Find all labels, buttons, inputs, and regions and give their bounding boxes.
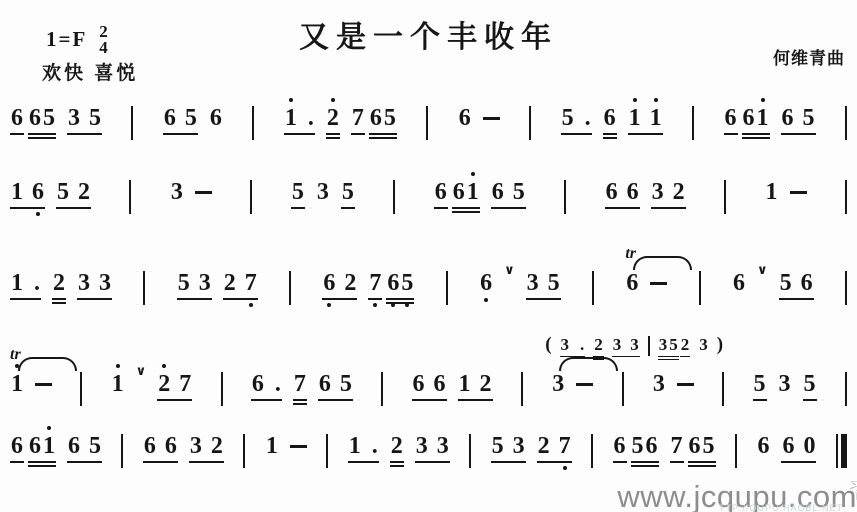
note: 6 <box>165 434 177 458</box>
note: 6 <box>725 106 737 130</box>
note: 3 <box>652 180 664 204</box>
note-cluster: 6 <box>625 271 639 305</box>
dash-note <box>290 445 307 448</box>
measure: 1 <box>765 180 807 214</box>
barline <box>250 180 252 214</box>
note-cluster: 3 <box>316 180 330 214</box>
note-cluster: 61 <box>28 434 56 468</box>
note: 7 <box>559 434 571 458</box>
note: 1 <box>266 434 278 458</box>
note: 6 <box>757 434 769 458</box>
note: 6 <box>743 106 755 130</box>
barline <box>131 106 133 140</box>
barline-thin <box>836 434 838 468</box>
note-cluster: 32 <box>189 434 224 468</box>
note: 3 <box>630 336 639 353</box>
note-cluster: 66 <box>412 372 447 406</box>
measure: 1.233 <box>10 271 112 305</box>
note: 7 <box>294 372 306 396</box>
note: 6 <box>370 106 382 130</box>
watermark-edge-top: 习 <box>849 479 857 493</box>
watermark-edge-bottom: 下 <box>847 493 857 502</box>
measure: 535 <box>291 180 355 214</box>
note-cluster: 65 <box>386 271 414 305</box>
note: 2 <box>673 180 685 204</box>
barline <box>221 372 223 406</box>
note: 5 <box>89 106 101 130</box>
note-cluster: 1 <box>265 434 279 468</box>
note-cluster: 33 <box>77 271 112 305</box>
note: 5 <box>669 336 678 353</box>
note-cluster: 2 <box>390 434 404 468</box>
note-cluster: 66 <box>605 180 640 214</box>
note-cluster: 7 <box>293 372 307 406</box>
note-cluster: 65 <box>67 434 102 468</box>
watermark: www.jcqupu.com TTP://QUPU.HAOBL.NET 习 下 <box>617 481 857 512</box>
note: 5 <box>178 271 190 295</box>
note-cluster: 62 <box>322 271 357 305</box>
note-cluster: 6 <box>724 106 738 140</box>
note: 3 <box>437 434 449 458</box>
note-cluster: 6 <box>732 271 746 305</box>
measure: 535 <box>753 372 817 406</box>
barline <box>326 434 328 468</box>
note-cluster: 6 <box>10 434 24 468</box>
note: 5 <box>703 434 715 458</box>
note: 5 <box>185 106 197 130</box>
music-line: 1.2335327627656∨356tr6∨56 <box>10 240 847 305</box>
dash-note <box>677 383 694 386</box>
music-line: 1tr1∨276.76566123(3.2333523)3535 <box>10 313 847 406</box>
ossia-paren: ( <box>545 335 551 354</box>
note: 3 <box>527 271 539 295</box>
note: 6 <box>319 372 331 396</box>
note: 5 <box>342 180 354 204</box>
note-cluster: 27 <box>223 271 258 305</box>
composer-credit: 何维青曲 <box>773 44 845 69</box>
dash-note <box>576 383 593 386</box>
note: 5 <box>340 372 352 396</box>
note: 1 <box>757 106 769 130</box>
note: 5 <box>632 434 644 458</box>
measure: 6632 <box>605 180 686 214</box>
note: 3 <box>552 372 564 396</box>
note: 5 <box>89 434 101 458</box>
dash-note <box>650 282 667 285</box>
augmentation-dot-icon: . <box>372 434 378 458</box>
barline <box>622 372 624 406</box>
measure: 660 <box>756 434 816 468</box>
note-cluster: 2 <box>52 271 66 305</box>
note-cluster: 3 <box>170 180 184 214</box>
note-cluster: 6 <box>479 271 493 305</box>
note-cluster: 7 <box>351 106 365 140</box>
note: 1 <box>650 106 662 130</box>
note-cluster: 65 <box>781 106 816 140</box>
note: 6 <box>11 106 23 130</box>
note: 6 <box>480 271 492 295</box>
note: 3 <box>68 106 80 130</box>
augmentation-dot-icon: . <box>585 106 591 130</box>
music-score: 665356561.276565.61166165165235356616566… <box>0 106 857 468</box>
barline <box>252 106 254 140</box>
note: 5 <box>754 372 766 396</box>
note: 6 <box>11 434 23 458</box>
note: 6 <box>32 180 44 204</box>
note: 5 <box>548 271 560 295</box>
note: 6 <box>29 434 41 458</box>
note: 6 <box>782 434 794 458</box>
measure: 6∨35 <box>479 264 561 305</box>
note-cluster: 35 <box>67 106 102 140</box>
note: 2 <box>224 271 236 295</box>
note: 3 <box>416 434 428 458</box>
watermark-subtext: TTP://QUPU.HAOBL.NET <box>719 503 843 512</box>
dash-note <box>790 191 807 194</box>
note: 3 <box>659 336 668 353</box>
note-cluster: 1. <box>10 271 41 305</box>
note-cluster: 6 <box>209 106 223 140</box>
barline <box>289 271 291 305</box>
measure: 6 <box>458 106 500 140</box>
note: 1 <box>11 180 23 204</box>
note: 2 <box>78 180 90 204</box>
note-cluster: 60 <box>781 434 816 468</box>
measure: 6tr <box>625 271 667 305</box>
note: 3 <box>513 434 525 458</box>
note: 2 <box>391 434 403 458</box>
note: 2 <box>211 434 223 458</box>
note: 1 <box>112 372 124 396</box>
note: 5 <box>292 180 304 204</box>
note: 5 <box>804 372 816 396</box>
note: 1 <box>11 372 23 396</box>
page-title: 又是一个丰收年 <box>0 12 857 56</box>
note: 6 <box>689 434 701 458</box>
note: 2 <box>158 372 170 396</box>
note-cluster: 3 <box>698 336 709 360</box>
barline <box>845 180 847 214</box>
tempo-mood-marking: 欢快 喜悦 <box>42 58 138 85</box>
measure: 62765 <box>322 271 414 305</box>
note: 5 <box>513 180 525 204</box>
barline <box>845 271 847 305</box>
note: 1 <box>349 434 361 458</box>
note: 6 <box>68 434 80 458</box>
barline <box>426 106 428 140</box>
barline <box>592 271 594 305</box>
note-cluster: 3 <box>652 372 666 406</box>
barline <box>121 434 123 468</box>
note-cluster: 6 <box>10 106 24 140</box>
breath-mark-icon: ∨ <box>757 264 768 277</box>
note: 3 <box>190 434 202 458</box>
augmentation-dot-icon: . <box>34 271 40 295</box>
trill-label: tr <box>625 245 636 263</box>
note-cluster: 5 <box>803 372 817 406</box>
measure: 1.233 <box>348 434 450 468</box>
barline <box>381 372 383 406</box>
barline <box>129 180 131 214</box>
measure: 1∨27 <box>111 365 193 406</box>
measure: 6∨56 <box>732 264 814 305</box>
note-cluster: 56 <box>779 271 814 305</box>
note: 6 <box>435 180 447 204</box>
note: 6 <box>801 271 813 295</box>
note: 3 <box>653 372 665 396</box>
note: 6 <box>434 372 446 396</box>
music-line: 66165663211.2335327656765660 <box>10 434 847 468</box>
note-cluster: 1 <box>10 372 24 406</box>
measure: 3 <box>170 180 212 214</box>
note-cluster: 27 <box>537 434 572 468</box>
note-cluster: 5 <box>753 372 767 406</box>
note: 3 <box>699 336 708 353</box>
note-cluster: 6 <box>458 106 472 140</box>
note-cluster: 53 <box>177 271 212 305</box>
barline <box>724 180 726 214</box>
note: 3 <box>199 271 211 295</box>
note-cluster: 5 <box>291 180 305 214</box>
note: 3 <box>78 271 90 295</box>
note-cluster: 27 <box>157 372 192 406</box>
note: 6 <box>459 106 471 130</box>
note-cluster: 53 <box>491 434 526 468</box>
note: 2 <box>594 336 603 353</box>
note: 6 <box>210 106 222 130</box>
note-cluster: 35 <box>526 271 561 305</box>
augmentation-dot-icon: . <box>308 106 314 130</box>
measure: 3 <box>652 372 694 406</box>
ossia-paren: ) <box>717 335 723 354</box>
note: 5 <box>384 106 396 130</box>
note: 2 <box>53 271 65 295</box>
note: 3 <box>561 336 570 353</box>
barline <box>722 372 724 406</box>
note: 7 <box>352 106 364 130</box>
note: 7 <box>671 434 683 458</box>
note-cluster: 56 <box>631 434 659 468</box>
note: 6 <box>492 180 504 204</box>
note-cluster: 5 <box>341 180 355 214</box>
measure: 1652 <box>10 180 91 214</box>
note-cluster: 61 <box>452 180 480 214</box>
note: 6 <box>604 106 616 130</box>
measure: 5.611 <box>561 106 663 140</box>
note: 5 <box>43 106 55 130</box>
note: 3 <box>317 180 329 204</box>
measure: 5327 <box>177 271 258 305</box>
note: 6 <box>387 271 399 295</box>
note-cluster: 1. <box>348 434 379 468</box>
note-cluster: 33 <box>612 336 640 360</box>
tie-arc <box>18 357 77 371</box>
measure: 656 <box>163 106 223 140</box>
measure: 6632 <box>143 434 224 468</box>
measure: 1tr <box>10 372 52 406</box>
dash-note <box>195 191 212 194</box>
trill-label: tr <box>10 346 21 364</box>
barline <box>591 434 593 468</box>
measure: 1.2765 <box>284 106 397 140</box>
note: 1 <box>285 106 297 130</box>
watermark-edge-glyphs: 习 下 <box>847 480 857 502</box>
barline <box>521 372 523 406</box>
note: 3 <box>99 271 111 295</box>
measure: 66165 <box>10 434 102 468</box>
measure: 66535 <box>10 106 102 140</box>
augmentation-dot-icon: . <box>275 372 281 396</box>
breath-mark-icon: ∨ <box>504 264 515 277</box>
note-cluster: 7 <box>670 434 684 468</box>
dash-note <box>35 383 52 386</box>
note-cluster: 65 <box>491 180 526 214</box>
note-cluster: 1 <box>765 180 779 214</box>
note-cluster: 52 <box>56 180 91 214</box>
note-cluster: 1. <box>284 106 315 140</box>
tie-arc <box>633 256 692 270</box>
note-cluster: 6. <box>251 372 282 406</box>
note-cluster: 3 <box>778 372 792 406</box>
final-barline <box>836 434 847 468</box>
note-cluster: 6 <box>613 434 627 468</box>
note-cluster: 6 <box>434 180 448 214</box>
note-cluster: 2 <box>326 106 340 140</box>
note-cluster: 16 <box>10 180 45 214</box>
note: 5 <box>57 180 69 204</box>
note-cluster: 35 <box>658 336 679 360</box>
barline <box>469 434 471 468</box>
note: 2 <box>344 271 356 295</box>
barline <box>735 434 737 468</box>
dash-note <box>483 117 500 120</box>
barline <box>529 106 531 140</box>
measure: 66165 <box>434 180 526 214</box>
note-cluster: 3 <box>551 372 565 406</box>
note: 5 <box>562 106 574 130</box>
note: 0 <box>803 434 815 458</box>
barline <box>243 434 245 468</box>
note-cluster: 33 <box>415 434 450 468</box>
note: 5 <box>780 271 792 295</box>
note: 6 <box>733 271 745 295</box>
measure: 5327 <box>491 434 572 468</box>
measure: 656765 <box>613 434 716 468</box>
barline <box>143 271 145 305</box>
note: 7 <box>179 372 191 396</box>
note-cluster: 66 <box>143 434 178 468</box>
note-cluster: 5. <box>561 106 592 140</box>
note: 1 <box>629 106 641 130</box>
note-cluster: 61 <box>742 106 770 140</box>
note: 1 <box>459 372 471 396</box>
barline <box>692 106 694 140</box>
note: 6 <box>29 106 41 130</box>
note-cluster: 65 <box>369 106 397 140</box>
barline-thick <box>841 434 847 468</box>
note: 6 <box>323 271 335 295</box>
note: 2 <box>480 372 492 396</box>
note-cluster: 7 <box>368 271 382 305</box>
note: 2 <box>681 336 690 353</box>
note-cluster: 65 <box>28 106 56 140</box>
measure: 6612 <box>412 372 493 406</box>
note: 7 <box>369 271 381 295</box>
note-cluster: 65 <box>688 434 716 468</box>
note: 7 <box>245 271 257 295</box>
note: 1 <box>43 434 55 458</box>
note: 6 <box>164 106 176 130</box>
barline <box>393 180 395 214</box>
measure: 66165 <box>724 106 816 140</box>
note: 6 <box>606 180 618 204</box>
note: 6 <box>413 372 425 396</box>
note: 5 <box>492 434 504 458</box>
note-cluster: 1 <box>111 372 125 406</box>
note: 6 <box>627 180 639 204</box>
note-cluster: 6 <box>603 106 617 140</box>
note-cluster: 6 <box>756 434 770 468</box>
breath-mark-icon: ∨ <box>136 365 147 378</box>
barline <box>80 372 82 406</box>
note: 3 <box>171 180 183 204</box>
note: 3 <box>779 372 791 396</box>
note: 2 <box>538 434 550 458</box>
note-cluster: 65 <box>318 372 353 406</box>
note: 5 <box>803 106 815 130</box>
music-line: 165235356616566321 <box>10 180 847 214</box>
note: 1 <box>467 180 479 204</box>
note-cluster: 2 <box>680 336 691 360</box>
note: 6 <box>614 434 626 458</box>
barline <box>845 372 847 406</box>
note-cluster: 32 <box>651 180 686 214</box>
note: 6 <box>453 180 465 204</box>
measure: 6.765 <box>251 372 353 406</box>
note: 1 <box>766 180 778 204</box>
score-header: 1=F 2 4 欢快 喜悦 又是一个丰收年 何维青曲 <box>0 0 857 86</box>
ossia-phrase: (3.2333523) <box>545 335 723 360</box>
note-cluster: 65 <box>163 106 198 140</box>
ossia-barline <box>648 336 650 356</box>
barline <box>446 271 448 305</box>
music-line: 665356561.276565.61166165 <box>10 106 847 140</box>
barline <box>564 180 566 214</box>
note-cluster: 12 <box>458 372 493 406</box>
measure: 1 <box>265 434 307 468</box>
note: 6 <box>646 434 658 458</box>
note: 6 <box>252 372 264 396</box>
note-cluster: 3. <box>560 336 586 360</box>
note-cluster: 2 <box>593 336 604 360</box>
note: 6 <box>626 271 638 295</box>
note: 6 <box>144 434 156 458</box>
note: 6 <box>782 106 794 130</box>
barline <box>699 271 701 305</box>
note: 3 <box>613 336 622 353</box>
augmentation-dot-icon: . <box>580 336 584 353</box>
note: 5 <box>401 271 413 295</box>
note: 2 <box>327 106 339 130</box>
barline <box>845 106 847 140</box>
note-cluster: 11 <box>628 106 663 140</box>
note: 1 <box>11 271 23 295</box>
measure: 3(3.2333523) <box>551 372 593 406</box>
